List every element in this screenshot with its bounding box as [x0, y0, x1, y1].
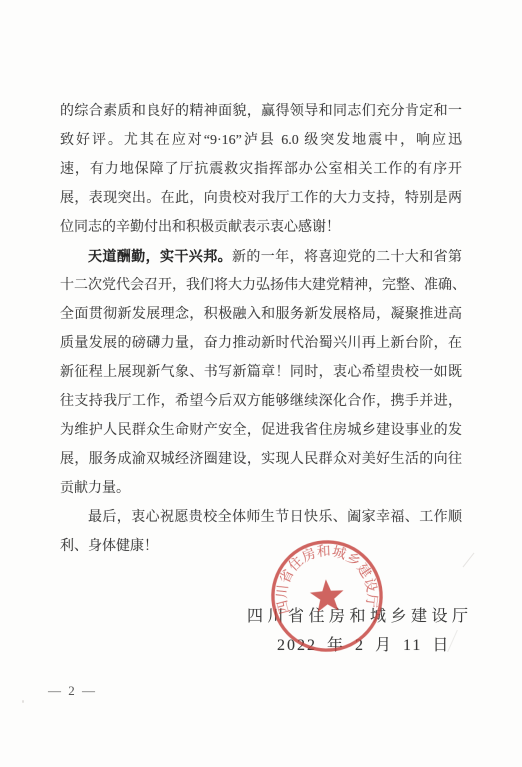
- official-seal: 四川省住房和城乡建设厅: [264, 533, 390, 659]
- body-line-text: 新的一年，将喜迎党的二十大和省第: [232, 250, 462, 265]
- body-line: 质量发展的磅礴力量，奋力推动新时代治蜀兴川再上新台阶，在: [60, 329, 462, 358]
- bold-lead-phrase: 天道酬勤，实干兴邦。: [88, 248, 232, 264]
- body-line: 致好评。尤其在应对“9·16”泸县 6.0 级突发地震中，响应迅: [60, 126, 462, 155]
- body-line: 速，有力地保障了厅抗震救灾指挥部办公室相关工作的有序开: [60, 155, 462, 184]
- body-line: 为维护人民群众生命财产安全，促进我省住房城乡建设事业的发: [60, 416, 462, 445]
- scan-artifact: [22, 700, 24, 703]
- body-line: 位同志的辛勤付出和积极贡献表示衷心感谢！: [60, 213, 462, 242]
- body-line: 展，服务成渝双城经济圈建设，实现人民群众对美好生活的向往: [60, 445, 462, 474]
- body-line: 利、身体健康！: [60, 532, 462, 561]
- body-line-paragraph3-start: 最后，衷心祝愿贵校全体师生节日快乐、阖家幸福、工作顺: [60, 503, 462, 532]
- scan-artifact: [463, 553, 475, 568]
- page-number: — 2 —: [48, 683, 97, 699]
- body-line: 的综合素质和良好的精神面貌，赢得领导和同志们充分肯定和一: [60, 97, 462, 126]
- seal-star-icon: [309, 578, 345, 612]
- body-line: 新征程上展现新气象、书写新篇章！同时，衷心希望贵校一如既: [60, 358, 462, 387]
- scanned-letter-page: 的综合素质和良好的精神面貌，赢得领导和同志们充分肯定和一 致好评。尤其在应对“9…: [0, 0, 522, 767]
- body-line: 往支持我厅工作，希望今后双方能够继续深化合作，携手并进，: [60, 387, 462, 416]
- letter-body: 的综合素质和良好的精神面貌，赢得领导和同志们充分肯定和一 致好评。尤其在应对“9…: [60, 97, 462, 561]
- body-line: 展，表现突出。在此，向贵校对我厅工作的大力支持，特别是两: [60, 184, 462, 213]
- body-line: 全面贯彻新发展理念，积极融入和服务新发展格局，凝聚推进高: [60, 300, 462, 329]
- body-line: 十二次党代会召开，我们将大力弘扬伟大建党精神，完整、准确、: [60, 271, 462, 300]
- body-line-paragraph2-start: 天道酬勤，实干兴邦。新的一年，将喜迎党的二十大和省第: [60, 242, 462, 271]
- body-line: 贡献力量。: [60, 474, 462, 503]
